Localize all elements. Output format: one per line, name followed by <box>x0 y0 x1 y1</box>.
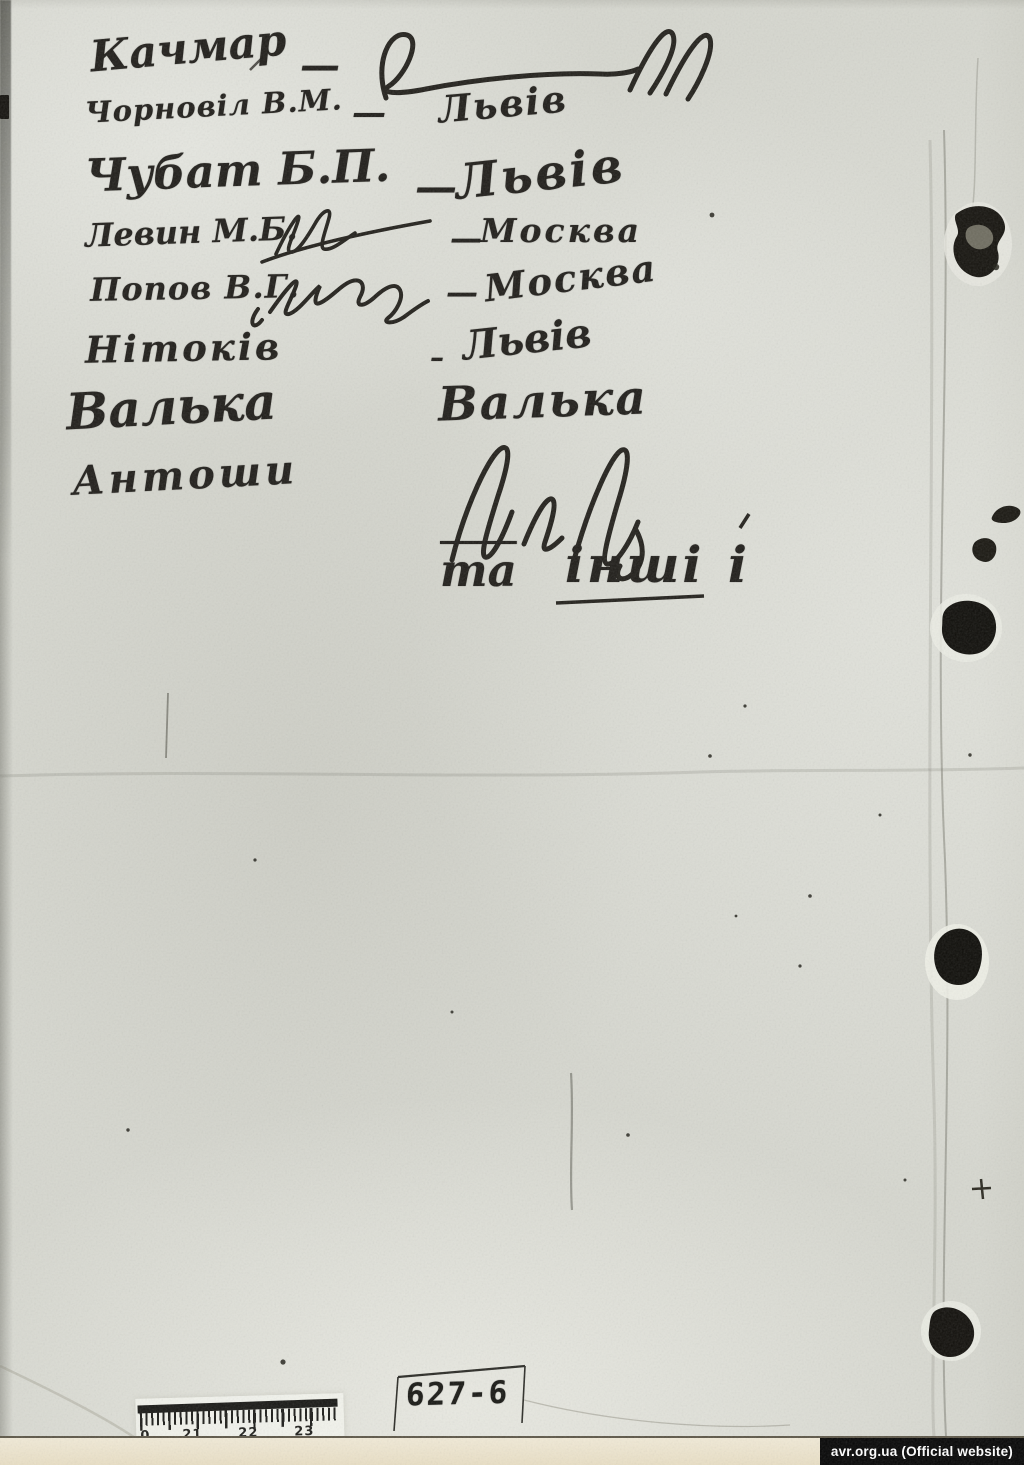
hw-name-1: Качмар <box>89 20 289 80</box>
stamp-number: 627-6 <box>405 1375 510 1414</box>
hw-place-2: Львів <box>437 80 570 128</box>
hw-place-6: Львів <box>460 313 593 366</box>
hw-place-3: Львів <box>453 141 627 207</box>
hw-closing-inshi: інші <box>565 540 704 590</box>
hw-dash-1: — <box>300 46 340 86</box>
hw-name-8: Антоши <box>71 450 299 502</box>
hw-dash-3: — <box>415 166 457 208</box>
hw-name-2: Чорновіл В.М. <box>84 85 343 127</box>
hw-name-3: Чубат Б.П. <box>84 143 391 199</box>
hw-closing-ta: та <box>440 548 517 593</box>
hw-place-4: Москва <box>480 214 642 247</box>
handwritten-list: Качмар — Чорновіл В.М. — Львів Чубат Б.П… <box>0 0 1024 1465</box>
archive-number-stamp: 627-6 <box>395 1364 524 1425</box>
hw-name-4: Левин М.Б. <box>85 212 298 251</box>
website-watermark: avr.org.ua (Official website) <box>820 1438 1024 1465</box>
photographed-document-page: Качмар — Чорновіл В.М. — Львів Чубат Б.П… <box>0 0 1024 1465</box>
hw-dash-6: – <box>430 344 444 372</box>
hw-name-6: Нітоків <box>85 328 283 368</box>
hw-dash-4: — <box>450 222 482 254</box>
hw-dash-2: — <box>352 96 386 130</box>
hw-closing-accent-i: і <box>728 540 747 590</box>
hw-dash-5: — <box>446 276 478 308</box>
hw-name-7: Валька <box>65 377 278 438</box>
hw-place-5: Москва <box>482 250 659 308</box>
hw-place-7: Валька <box>437 374 648 428</box>
hw-name-5: Попов В.Г. <box>90 270 300 306</box>
